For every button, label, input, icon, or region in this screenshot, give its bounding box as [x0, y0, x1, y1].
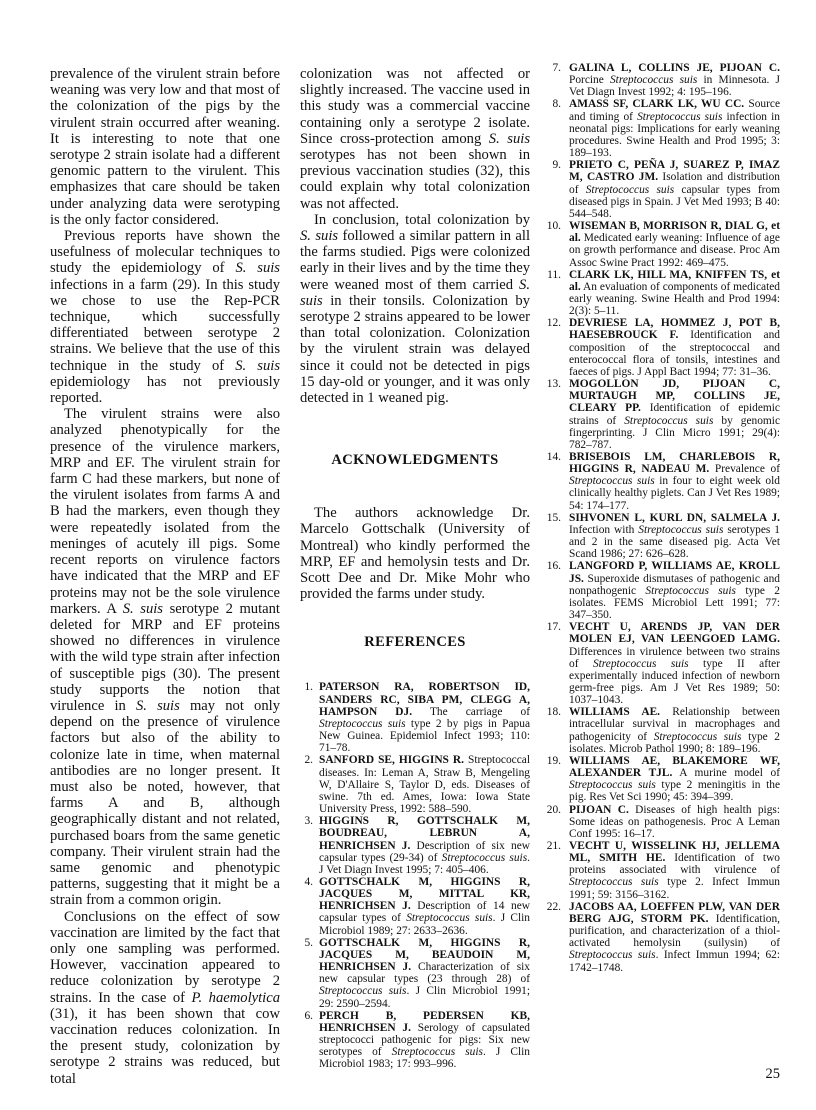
italic-text: Streptococcus suis [442, 852, 527, 864]
reference-item: 18.WILLIAMS AE. Relationship between int… [546, 706, 780, 755]
reference-number: 17. [546, 621, 561, 633]
reference-text: SANFORD SE, HIGGINS R. Streptococcal dis… [319, 754, 530, 815]
italic-text: P. haemolytica [192, 990, 281, 1006]
text-run: Porcine [569, 74, 610, 86]
reference-text: GALINA L, COLLINS JE, PIJOAN C. Porcine … [569, 62, 780, 98]
reference-number: 9. [546, 159, 561, 171]
reference-number: 10. [546, 220, 561, 232]
journal-page: prevalence of the virulent strain before… [0, 0, 816, 1110]
reference-text: GOTTSCHALK M, HIGGINS R, JACQUES M, MITT… [319, 876, 530, 937]
text-run: in their tonsils. Colonization by seroty… [300, 293, 530, 406]
bold-text: GALINA L, COLLINS JE, PIJOAN C. [569, 62, 780, 74]
reference-item: 16.LANGFORD P, WILLIAMS AE, KROLL JS. Su… [546, 560, 780, 621]
paragraph: colonization was not affected or slightl… [300, 66, 530, 212]
italic-text: S. suis [136, 698, 180, 714]
paragraph: The virulent strains were also analyzed … [50, 406, 280, 908]
reference-text: HIGGINS R, GOTTSCHALK M, BOUDREAU, LEBRU… [319, 815, 530, 876]
reference-item: 8.AMASS SF, CLARK LK, WU CC. Source and … [546, 98, 780, 159]
italic-text: Streptococcus suis [654, 731, 742, 743]
italic-text: Streptococcus suis [319, 985, 406, 997]
reference-number: 3. [300, 815, 313, 827]
text-run: The virulent strains were also analyzed … [50, 406, 280, 616]
reference-item: 9.PRIETO C, PEÑA J, SUAREZ P, IMAZ M, CA… [546, 159, 780, 220]
reference-number: 16. [546, 560, 561, 572]
reference-text: WILLIAMS AE. Relationship between intrac… [569, 706, 780, 754]
reference-item: 15.SIHVONEN L, KURL DN, SALMELA J. Infec… [546, 512, 780, 561]
text-run: (31), it has been shown that cow vaccina… [50, 1006, 280, 1087]
text-run: An evaluation of components of medicated… [569, 281, 780, 317]
reference-number: 21. [546, 840, 561, 852]
reference-item: 13.MOGOLLON JD, PIJOAN C, MURTAUGH MP, C… [546, 378, 780, 451]
reference-number: 11. [546, 269, 561, 281]
reference-number: 20. [546, 804, 561, 816]
reference-number: 4. [300, 876, 313, 888]
italic-text: Streptococcus suis [569, 949, 656, 961]
reference-number: 19. [546, 755, 561, 767]
paragraph: prevalence of the virulent strain before… [50, 66, 280, 228]
reference-text: JACOBS AA, LOEFFEN PLW, VAN DER BERG AJG… [569, 901, 780, 974]
italic-text: Streptococcus suis [610, 74, 697, 86]
italic-text: Streptococcus suis [637, 111, 722, 123]
reference-number: 2. [300, 754, 313, 766]
reference-text: CLARK LK, HILL MA, KNIFFEN TS, et al. An… [569, 269, 780, 317]
bold-text: VECHT U, ARENDS JP, VAN DER MOLEN EJ, VA… [569, 621, 780, 645]
column-left-body-text: prevalence of the virulent strain before… [50, 66, 280, 1087]
reference-text: VECHT U, ARENDS JP, VAN DER MOLEN EJ, VA… [569, 621, 780, 706]
bold-text: SIHVONEN L, KURL DN, SALMELA J. [569, 512, 780, 524]
reference-text: SIHVONEN L, KURL DN, SALMELA J. Infectio… [569, 512, 780, 560]
reference-number: 8. [546, 98, 561, 110]
italic-text: Streptococcus suis [569, 779, 656, 791]
reference-number: 13. [546, 378, 561, 390]
italic-text: Streptococcus suis [638, 524, 723, 536]
italic-text: S. suis [489, 131, 530, 147]
reference-text: LANGFORD P, WILLIAMS AE, KROLL JS. Super… [569, 560, 780, 621]
reference-item: 12.DEVRIESE LA, HOMMEZ J, POT B, HAESEBR… [546, 317, 780, 378]
references-list-7-22: 7.GALINA L, COLLINS JE, PIJOAN C. Porcin… [546, 62, 780, 974]
reference-item: 5.GOTTSCHALK M, HIGGINS R, JACQUES M, BE… [300, 937, 530, 1010]
reference-text: GOTTSCHALK M, HIGGINS R, JACQUES M, BEAU… [319, 937, 530, 1010]
reference-item: 19.WILLIAMS AE, BLAKEMORE WF, ALEXANDER … [546, 755, 780, 804]
reference-text: MOGOLLON JD, PIJOAN C, MURTAUGH MP, COLL… [569, 378, 780, 451]
italic-text: Streptococcus suis [569, 876, 659, 888]
text-run: prevalence of the virulent strain before… [50, 66, 280, 228]
italic-text: Streptococcus suis [645, 585, 736, 597]
paragraph: The authors acknowledge Dr. Marcelo Gott… [300, 505, 530, 602]
reference-number: 22. [546, 901, 561, 913]
reference-item: 4.GOTTSCHALK M, HIGGINS R, JACQUES M, MI… [300, 876, 530, 937]
reference-item: 2.SANFORD SE, HIGGINS R. Streptococcal d… [300, 754, 530, 815]
middle-body-paragraphs: colonization was not affected or slightl… [300, 66, 530, 406]
reference-item: 14.BRISEBOIS LM, CHARLEBOIS R, HIGGINS R… [546, 451, 780, 512]
reference-number: 18. [546, 706, 561, 718]
reference-number: 6. [300, 1010, 313, 1022]
italic-text: S. suis [235, 260, 280, 276]
italic-text: Streptococcus suis [319, 718, 406, 730]
references-heading: REFERENCES [300, 634, 530, 651]
reference-text: PIJOAN C. Diseases of high health pigs: … [569, 804, 780, 840]
reference-text: WILLIAMS AE, BLAKEMORE WF, ALEXANDER TJL… [569, 755, 780, 803]
page-number: 25 [766, 1066, 781, 1083]
reference-text: PRIETO C, PEÑA J, SUAREZ P, IMAZ M, CAST… [569, 159, 780, 220]
italic-text: Streptococcus suis [406, 912, 492, 924]
reference-number: 15. [546, 512, 561, 524]
acknowledgments-heading: ACKNOWLEDGMENTS [300, 452, 530, 469]
reference-number: 1. [300, 681, 313, 693]
paragraph: In conclusion, total colonization by S. … [300, 212, 530, 406]
italic-text: Streptococcus suis [624, 415, 713, 427]
paragraph: Previous reports have shown the usefulne… [50, 228, 280, 406]
italic-text: Streptococcus suis [569, 475, 655, 487]
references-list-1-6: 1.PATERSON RA, ROBERTSON ID, SANDERS RC,… [300, 681, 530, 1070]
text-run: The carriage of [412, 706, 530, 718]
text-run: Infection with [569, 524, 638, 536]
reference-number: 5. [300, 937, 313, 949]
bold-text: PIJOAN C. [569, 804, 629, 816]
column-middle: colonization was not affected or slightl… [300, 66, 530, 1070]
text-run: serotypes has not been shown in previous… [300, 147, 530, 212]
text-run: Prevalence of [709, 463, 780, 475]
bold-text: SANFORD SE, HIGGINS R. [319, 754, 464, 766]
reference-item: 21.VECHT U, WISSELINK HJ, JELLEMA ML, SM… [546, 840, 780, 901]
bold-text: AMASS SF, CLARK LK, WU CC. [569, 98, 744, 110]
paragraph: Conclusions on the effect of sow vaccina… [50, 909, 280, 1087]
reference-item: 6.PERCH B, PEDERSEN KB, HENRICHSEN J. Se… [300, 1010, 530, 1071]
reference-item: 1.PATERSON RA, ROBERTSON ID, SANDERS RC,… [300, 681, 530, 754]
reference-item: 17.VECHT U, ARENDS JP, VAN DER MOLEN EJ,… [546, 621, 780, 706]
text-run: epidemiology has not previously reported… [50, 374, 280, 406]
text-run: The authors acknowledge Dr. Marcelo Gott… [300, 505, 530, 602]
column-right: 7.GALINA L, COLLINS JE, PIJOAN C. Porcin… [546, 62, 780, 974]
reference-text: PERCH B, PEDERSEN KB, HENRICHSEN J. Sero… [319, 1010, 530, 1071]
reference-item: 10.WISEMAN B, MORRISON R, DIAL G, et al.… [546, 220, 780, 269]
reference-number: 14. [546, 451, 561, 463]
reference-text: VECHT U, WISSELINK HJ, JELLEMA ML, SMITH… [569, 840, 780, 901]
reference-text: DEVRIESE LA, HOMMEZ J, POT B, HAESEBROUC… [569, 317, 780, 378]
text-run: may not only depend on the presence of v… [50, 698, 280, 908]
reference-item: 22.JACOBS AA, LOEFFEN PLW, VAN DER BERG … [546, 901, 780, 974]
reference-text: WISEMAN B, MORRISON R, DIAL G, et al. Me… [569, 220, 780, 268]
italic-text: Streptococcus suis [392, 1046, 483, 1058]
text-run: A murine model of [672, 767, 780, 779]
italic-text: S. suis [300, 228, 338, 244]
italic-text: Streptococcus suis [593, 658, 689, 670]
reference-item: 11.CLARK LK, HILL MA, KNIFFEN TS, et al.… [546, 269, 780, 318]
reference-text: AMASS SF, CLARK LK, WU CC. Source and ti… [569, 98, 780, 159]
italic-text: Streptococcus suis [586, 184, 674, 196]
reference-number: 12. [546, 317, 561, 329]
text-run: Medicated early weaning: Influence of ag… [569, 232, 780, 268]
reference-item: 20.PIJOAN C. Diseases of high health pig… [546, 804, 780, 840]
text-run: In conclusion, total colonization by [314, 212, 530, 228]
reference-item: 3.HIGGINS R, GOTTSCHALK M, BOUDREAU, LEB… [300, 815, 530, 876]
acknowledgments-text: The authors acknowledge Dr. Marcelo Gott… [300, 505, 530, 602]
reference-number: 7. [546, 62, 561, 74]
bold-text: WILLIAMS AE. [569, 706, 660, 718]
reference-text: PATERSON RA, ROBERTSON ID, SANDERS RC, S… [319, 681, 530, 754]
italic-text: S. suis [235, 358, 280, 374]
reference-item: 7.GALINA L, COLLINS JE, PIJOAN C. Porcin… [546, 62, 780, 98]
reference-text: BRISEBOIS LM, CHARLEBOIS R, HIGGINS R, N… [569, 451, 780, 512]
italic-text: S. suis [123, 601, 163, 617]
